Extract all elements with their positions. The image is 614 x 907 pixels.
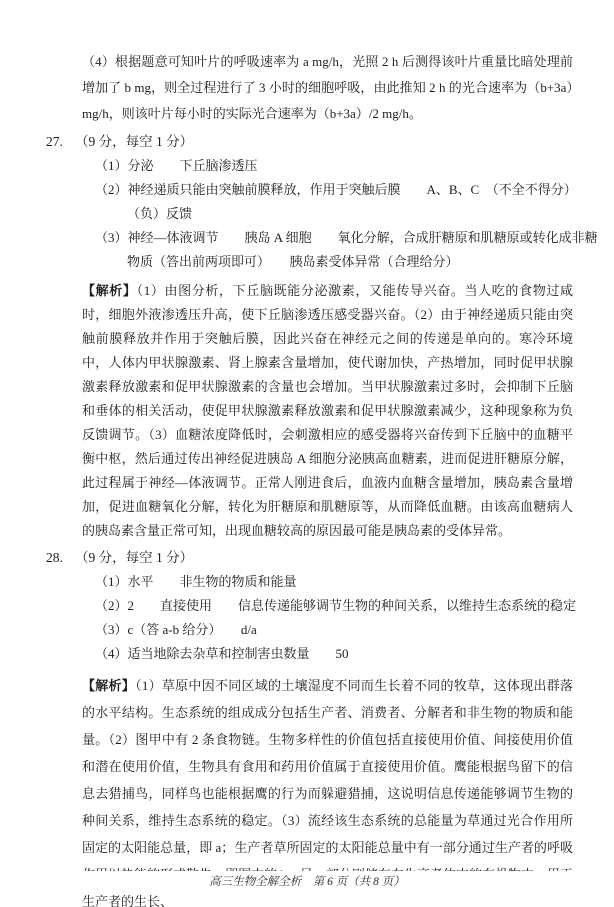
q27-answer-line-2-continued: （负）反馈	[127, 202, 614, 226]
q27-answer-line-3-continued: 物质（答出前两项即可） 胰岛素受体异常（合理给分）	[127, 250, 614, 274]
page-footer: 高三生物全解全析 第 6 页（共 8 页）	[0, 871, 614, 893]
q27-number: 27.	[46, 130, 75, 154]
q27-answer-line-2: （2）神经递质只能由突触前膜释放，作用于突触后膜 A、B、C （不全不得分）	[95, 178, 614, 202]
q27-score-note: （9 分，每空 1 分）	[75, 134, 193, 149]
q28-answer-line-2: （2）2 直接使用 信息传递能够调节生物的种间关系，以维持生态系统的稳定	[95, 594, 614, 618]
q27-analysis-text: （1）由图分析，下丘脑既能分泌激素，又能传导兴奋。当人吃的食物过咸时，细胞外液渗…	[82, 283, 573, 538]
q28-analysis-label: 【解析】	[82, 678, 135, 693]
q27-answer-line-3: （3）神经—体液调节 胰岛 A 细胞 氧化分解，合成肝糖原和肌糖原或转化成非糖	[95, 226, 614, 250]
q27-answer-line-1: （1）分泌 下丘脑渗透压	[95, 154, 614, 178]
q28-header: 28.（9 分，每空 1 分）	[46, 546, 573, 570]
q28-number: 28.	[46, 546, 75, 570]
q28-answer-line-1: （1）水平 非生物的物质和能量	[95, 570, 614, 594]
q26-item4-paragraph: （4）根据题意可知叶片的呼吸速率为 a mg/h，光照 2 h 后测得该叶片重量…	[82, 49, 573, 127]
q27-analysis-paragraph: 【解析】（1）由图分析，下丘脑既能分泌激素，又能传导兴奋。当人吃的食物过咸时，细…	[82, 279, 573, 543]
q28-score-note: （9 分，每空 1 分）	[75, 550, 193, 565]
q28-answer-line-4: （4）适当地除去杂草和控制害虫数量 50	[95, 642, 614, 666]
q28-answer-line-3: （3）c（答 a-b 给分） d/a	[95, 618, 614, 642]
exam-answer-key-page: （4）根据题意可知叶片的呼吸速率为 a mg/h，光照 2 h 后测得该叶片重量…	[0, 0, 614, 907]
q27-header: 27.（9 分，每空 1 分）	[46, 130, 573, 154]
q27-analysis-label: 【解析】	[82, 283, 137, 298]
